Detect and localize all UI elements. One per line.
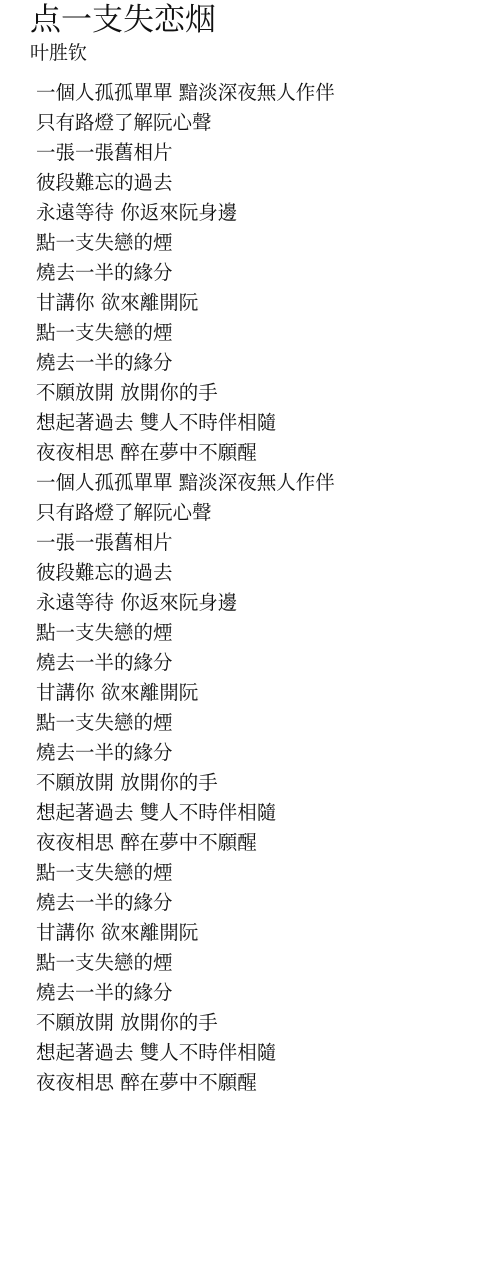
- lyric-line: 想起著過去 雙人不時伴相隨: [36, 798, 335, 828]
- lyric-line: 彼段難忘的過去: [36, 168, 335, 198]
- lyric-line: 一個人孤孤單單 黯淡深夜無人作伴: [36, 468, 335, 498]
- lyric-line: 點一支失戀的煙: [36, 708, 335, 738]
- lyric-line: 永遠等待 你返來阮身邊: [36, 588, 335, 618]
- lyric-line: 燒去一半的緣分: [36, 978, 335, 1008]
- lyric-line: 甘講你 欲來離開阮: [36, 288, 335, 318]
- lyric-line: 夜夜相思 醉在夢中不願醒: [36, 1068, 335, 1098]
- lyric-line: 點一支失戀的煙: [36, 618, 335, 648]
- lyric-line: 一張一張舊相片: [36, 528, 335, 558]
- lyric-line: 燒去一半的緣分: [36, 888, 335, 918]
- lyric-line: 想起著過去 雙人不時伴相隨: [36, 408, 335, 438]
- lyric-line: 燒去一半的緣分: [36, 348, 335, 378]
- artist-name: 叶胜钦: [30, 40, 87, 66]
- lyric-line: 只有路燈了解阮心聲: [36, 498, 335, 528]
- lyric-line: 一個人孤孤單單 黯淡深夜無人作伴: [36, 78, 335, 108]
- lyrics-list: 一個人孤孤單單 黯淡深夜無人作伴 只有路燈了解阮心聲 一張一張舊相片 彼段難忘的…: [36, 78, 335, 1098]
- lyric-line: 點一支失戀的煙: [36, 228, 335, 258]
- lyric-line: 點一支失戀的煙: [36, 858, 335, 888]
- lyric-line: 夜夜相思 醉在夢中不願醒: [36, 438, 335, 468]
- lyric-line: 點一支失戀的煙: [36, 948, 335, 978]
- lyric-line: 點一支失戀的煙: [36, 318, 335, 348]
- lyric-line: 一張一張舊相片: [36, 138, 335, 168]
- lyric-line: 只有路燈了解阮心聲: [36, 108, 335, 138]
- lyric-line: 永遠等待 你返來阮身邊: [36, 198, 335, 228]
- lyric-line: 不願放開 放開你的手: [36, 768, 335, 798]
- lyric-line: 甘講你 欲來離開阮: [36, 678, 335, 708]
- lyric-line: 不願放開 放開你的手: [36, 378, 335, 408]
- lyric-line: 甘講你 欲來離開阮: [36, 918, 335, 948]
- lyric-line: 夜夜相思 醉在夢中不願醒: [36, 828, 335, 858]
- lyric-line: 燒去一半的緣分: [36, 258, 335, 288]
- lyric-line: 燒去一半的緣分: [36, 738, 335, 768]
- lyric-line: 燒去一半的緣分: [36, 648, 335, 678]
- lyric-line: 想起著過去 雙人不時伴相隨: [36, 1038, 335, 1068]
- lyric-line: 不願放開 放開你的手: [36, 1008, 335, 1038]
- song-title: 点一支失恋烟: [30, 0, 216, 40]
- lyric-line: 彼段難忘的過去: [36, 558, 335, 588]
